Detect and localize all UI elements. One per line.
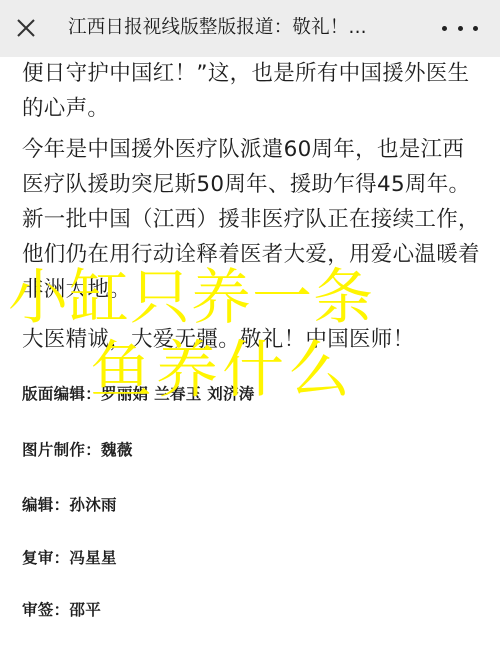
overlay-caption-line1: 小缸只养一条 (8, 268, 374, 328)
credit-label: 图片制作： (22, 441, 101, 459)
credit-line: 图片制作：魏薇 (22, 438, 133, 460)
article-paragraph: 便日守护中国红！”这，也是所有中国援外医生的心声。 (22, 56, 482, 126)
credit-value: 孙沐雨 (69, 496, 116, 514)
credit-line: 编辑：孙沐雨 (22, 493, 117, 515)
close-icon (15, 17, 37, 39)
credit-label: 审签： (22, 601, 69, 619)
page-title: 江西日报视线版整版报道：敬礼！... (68, 15, 420, 41)
article-page: 江西日报视线版整版报道：敬礼！... 便日守护中国红！”这，也是所有中国援外医生… (0, 0, 500, 659)
more-dot (458, 26, 463, 31)
more-dot (473, 26, 478, 31)
close-button[interactable] (12, 14, 40, 42)
credit-value: 魏薇 (101, 441, 133, 459)
more-horizontal-icon (442, 26, 447, 31)
credit-label: 复审： (22, 549, 69, 567)
credit-line: 审签：邵平 (22, 598, 101, 620)
overlay-caption-line2: 鱼养什么 (90, 340, 354, 400)
credit-value: 冯星星 (69, 549, 116, 567)
credit-label: 编辑： (22, 496, 69, 514)
credit-line: 复审：冯星星 (22, 546, 117, 568)
top-navigation-bar: 江西日报视线版整版报道：敬礼！... (0, 0, 500, 57)
more-options-button[interactable] (442, 18, 478, 38)
credit-value: 邵平 (69, 601, 101, 619)
